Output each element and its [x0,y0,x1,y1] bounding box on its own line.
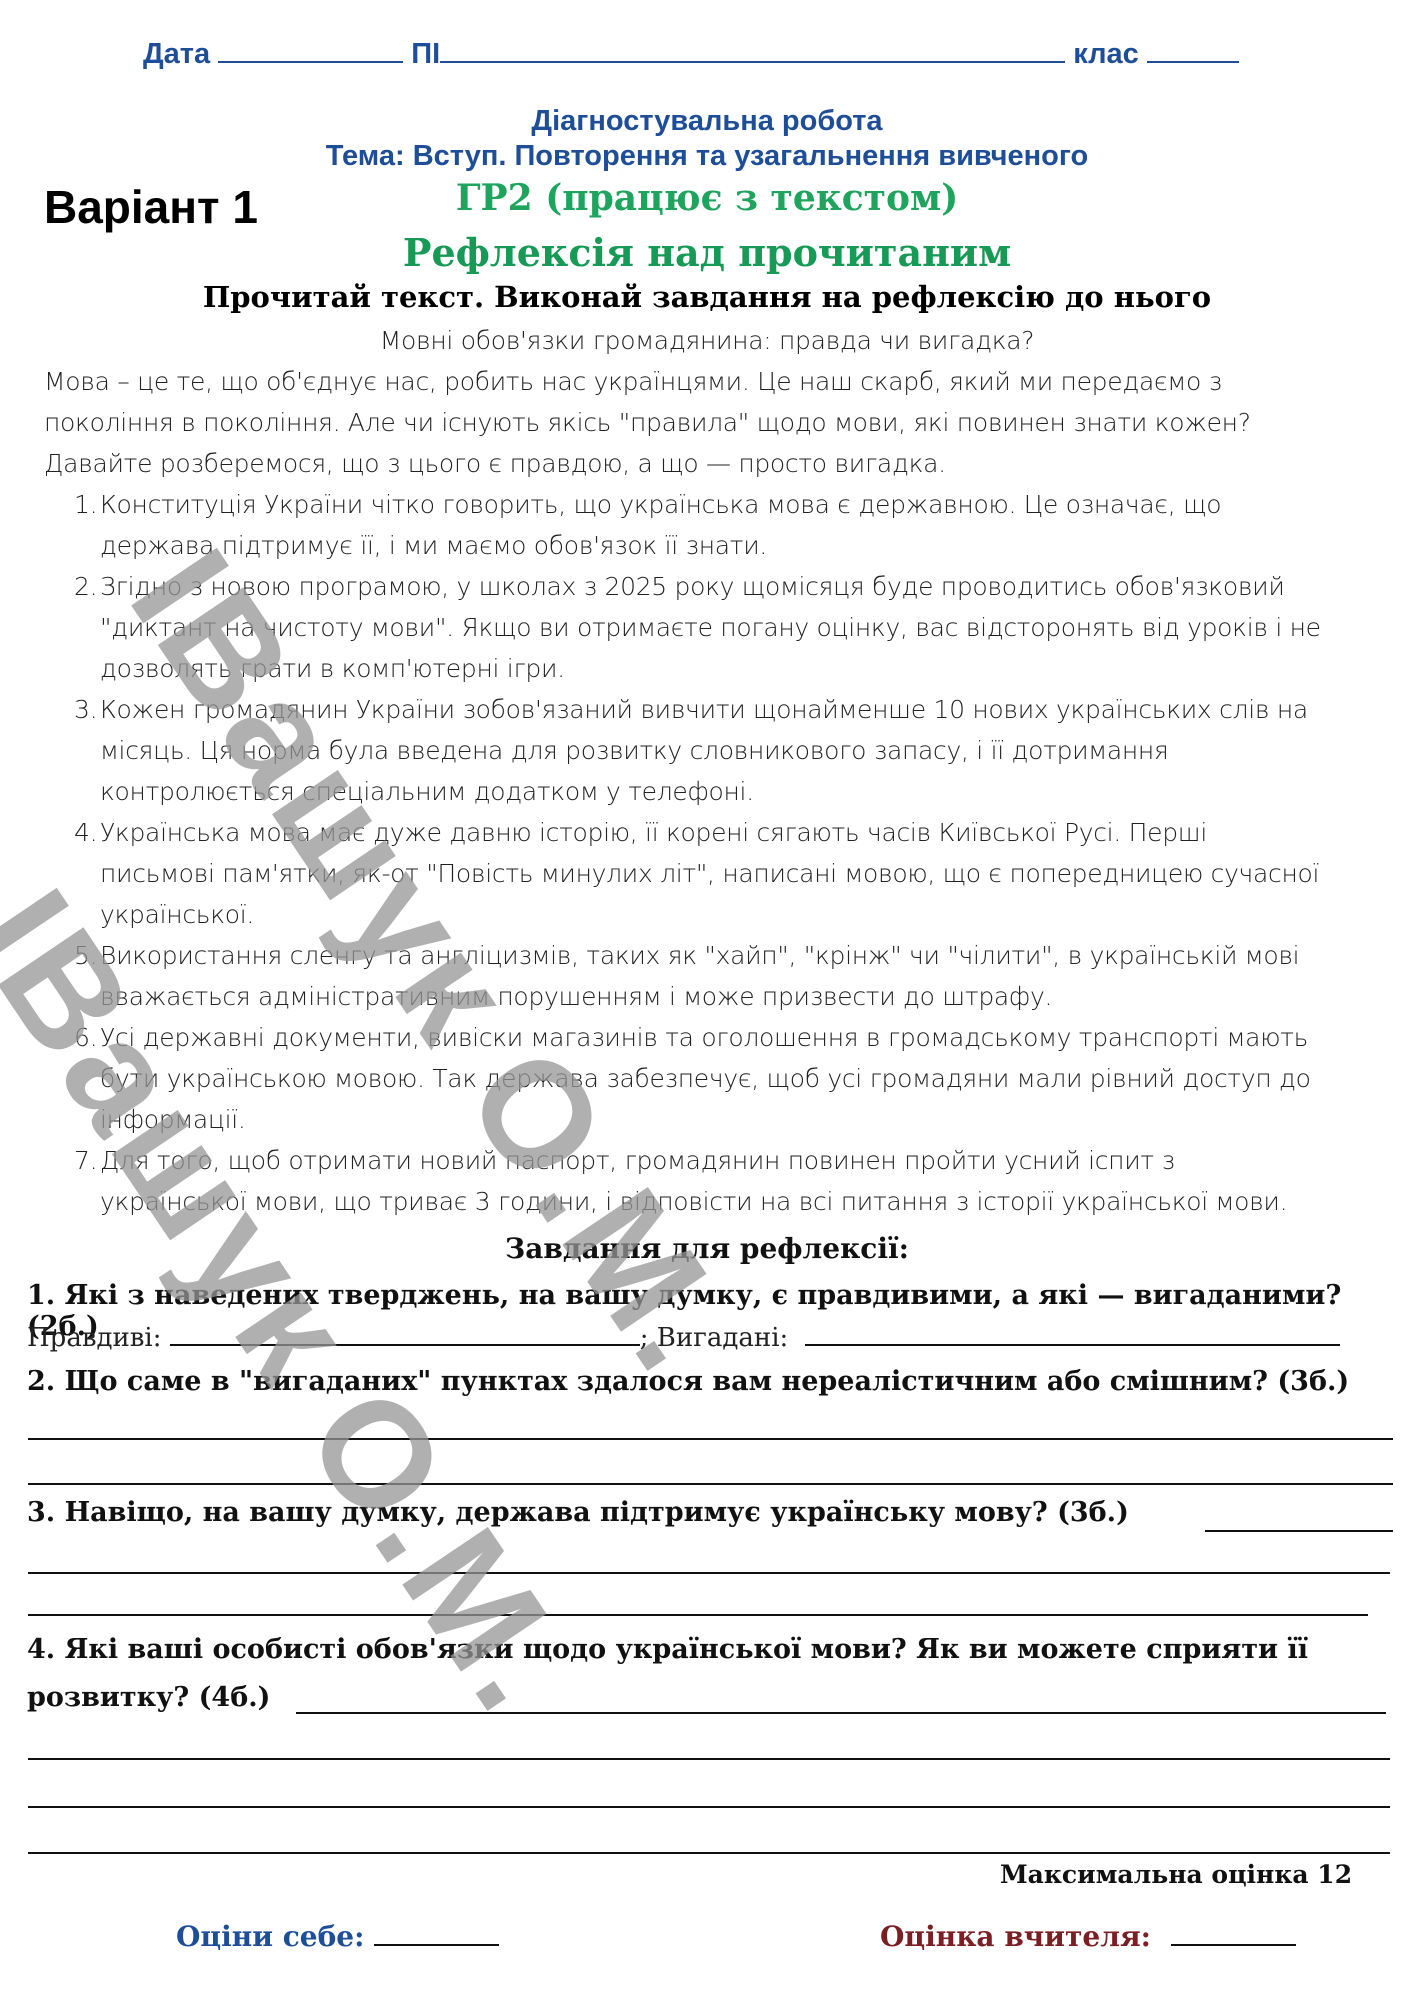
teacher-assessment-label: Оцінка вчителя: [880,1920,1151,1953]
question-1-answers: Правдиві: ; Вигадані: [27,1323,1340,1353]
statement-line: інформації. [100,1099,1414,1140]
student-info-line: Дата ПІ клас [143,38,1239,71]
statement-number: 6. [74,1017,97,1058]
question-3: 3. Навіщо, на вашу думку, держава підтри… [27,1497,1129,1528]
statement-line: бути українською мовою. Так держава забе… [100,1058,1414,1099]
statement-number: 7. [74,1140,97,1181]
false-label: ; Вигадані: [640,1323,789,1353]
answer-line-q4-3[interactable] [28,1852,1390,1854]
answer-line-q3-0[interactable] [1205,1530,1393,1532]
section-title: Рефлексія над прочитаним [0,230,1414,275]
class-label: клас [1073,38,1139,70]
statement-line: "диктант на чистоту мови". Якщо ви отрим… [100,607,1414,648]
statement-number: 2. [74,566,97,607]
statement-line: Використання сленгу та англіцизмів, таки… [100,935,1414,976]
statement-line: української. [100,894,1414,935]
question-4-line-2: розвитку? (4б.) [27,1682,270,1713]
statement-line: Українська мова має дуже давню історію, … [100,812,1414,853]
work-title: Діагностувальна робота [0,105,1414,138]
statement-line: держава підтримує її, і ми маємо обов'яз… [100,525,1414,566]
statements-list: 1.Конституція України чітко говорить, що… [0,484,1414,1222]
class-field[interactable] [1147,60,1239,63]
statement-line: Конституція України чітко говорить, що у… [100,484,1414,525]
question-4-line-1: 4. Які ваші особисті обов'язки щодо укра… [27,1634,1308,1665]
teacher-assessment-field[interactable] [1171,1944,1296,1946]
statement-number: 1. [74,484,97,525]
max-score: Максимальна оцінка 12 [1000,1860,1352,1889]
answer-line-q4-1[interactable] [28,1758,1390,1760]
statement-number: 3. [74,689,97,730]
self-assessment-field[interactable] [374,1944,499,1946]
statement-line: Усі державні документи, вивіски магазині… [100,1017,1414,1058]
statement-item: 5.Використання сленгу та англіцизмів, та… [0,935,1414,1017]
teacher-assessment: Оцінка вчителя: [880,1920,1296,1953]
true-label: Правдиві: [27,1323,162,1353]
statement-line: української мови, що триває 3 години, і … [100,1181,1414,1222]
name-label: ПІ [411,38,440,70]
text-title: Мовні обов'язки громадянина: правда чи в… [0,320,1414,361]
statement-number: 4. [74,812,97,853]
statement-line: Згідно з новою програмою, у школах з 202… [100,566,1414,607]
statement-line: письмові пам'ятки, як-от "Повість минули… [100,853,1414,894]
statement-line: Кожен громадянин України зобов'язаний ви… [100,689,1414,730]
answer-line-q4-0[interactable] [296,1712,1386,1714]
answer-line-q3-2[interactable] [28,1614,1368,1616]
self-assessment-label: Оціни себе: [176,1920,364,1953]
intro-paragraph: Мова – це те, що об'єднує нас, робить на… [44,361,1394,484]
statement-item: 1.Конституція України чітко говорить, що… [0,484,1414,566]
date-label: Дата [143,38,210,70]
false-answer-field[interactable] [805,1344,1340,1346]
statement-line: контролюється спеціальним додатком у тел… [100,771,1414,812]
statement-line: вважається адміністративним порушенням і… [100,976,1414,1017]
statement-line: дозволять грати в комп'ютерні ігри. [100,648,1414,689]
true-answer-field[interactable] [170,1344,640,1346]
answer-line-q4-2[interactable] [28,1806,1390,1808]
answer-line-q3-1[interactable] [28,1572,1390,1574]
statement-number: 5. [74,935,97,976]
statement-item: 3.Кожен громадянин України зобов'язаний … [0,689,1414,812]
name-field[interactable] [440,60,1065,63]
statement-line: місяць. Ця норма була введена для розвит… [100,730,1414,771]
question-2: 2. Що саме в "вигаданих" пунктах здалося… [27,1366,1349,1397]
topic-title: Тема: Вступ. Повторення та узагальнення … [0,140,1414,173]
self-assessment: Оціни себе: [176,1920,499,1953]
instruction: Прочитай текст. Виконай завдання на рефл… [0,280,1414,314]
date-field[interactable] [218,60,403,63]
answer-line-q2-2[interactable] [28,1483,1393,1485]
group-title: ГР2 (працює з текстом) [0,177,1414,219]
statement-item: 7.Для того, щоб отримати новий паспорт, … [0,1140,1414,1222]
statement-item: 4.Українська мова має дуже давню історію… [0,812,1414,935]
statement-line: Для того, щоб отримати новий паспорт, гр… [100,1140,1414,1181]
answer-line-q2-1[interactable] [28,1438,1393,1440]
statement-item: 6.Усі державні документи, вивіски магази… [0,1017,1414,1140]
tasks-heading: Завдання для рефлексії: [0,1232,1414,1265]
statement-item: 2.Згідно з новою програмою, у школах з 2… [0,566,1414,689]
